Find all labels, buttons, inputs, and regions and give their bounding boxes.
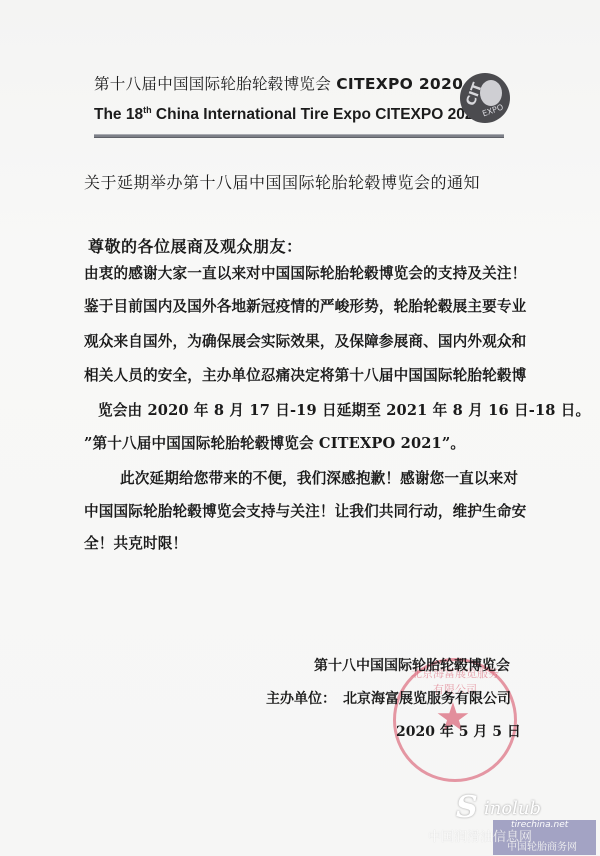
- header-title-en-sup: th: [143, 105, 152, 115]
- header-title-cn: 第十八届中国国际轮胎轮毂博览会 CITEXPO 2020: [94, 72, 463, 94]
- body-line-9: 全！共克时限！: [84, 532, 187, 553]
- body-line-1: 由衷的感谢大家一直以来对中国国际轮胎轮毂博览会的支持及关注！: [84, 262, 526, 283]
- salutation: 尊敬的各位展商及观众朋友：: [88, 234, 303, 257]
- header-title-cn-suffix: CITEXPO 2020: [336, 75, 463, 93]
- signature-date: 2020 年 5 月 5 日: [396, 721, 521, 741]
- body-line-6: ”第十八届中国国际轮胎轮毂博览会 CITEXPO 2021”。: [84, 432, 465, 453]
- notice-title: 关于延期举办第十八届中国国际轮胎轮毂博览会的通知: [84, 170, 480, 193]
- header-title-cn-text: 第十八届中国国际轮胎轮毂博览会: [94, 75, 331, 93]
- signature-org: 第十八中国国际轮胎轮毂博览会: [314, 655, 510, 675]
- citexpo-logo-icon: CIT EXPO: [460, 73, 510, 123]
- header-divider: [94, 134, 504, 138]
- body-line-5: 览会由 2020 年 8 月 17 日-19 日延期至 2021 年 8 月 1…: [98, 399, 590, 420]
- organizer-name: 北京海富展览服务有限公司: [343, 688, 511, 708]
- body-line-8: 中国国际轮胎轮毂博览会支持与关注！让我们共同行动，维护生命安: [84, 500, 526, 521]
- watermark-sinolub-cn: 中国润滑油信息网: [428, 826, 532, 845]
- body-line-3: 观众来自国外，为确保展会实际效果，及保障参展商、国内外观众和: [84, 330, 526, 351]
- header-title-en-suffix: China International Tire Expo CITEXPO 20…: [152, 106, 482, 123]
- header-title-en-prefix: The 18: [94, 106, 143, 123]
- document-page: 第十八届中国国际轮胎轮毂博览会 CITEXPO 2020 The 18th Ch…: [0, 0, 600, 856]
- logo-text-expo: EXPO: [481, 103, 504, 119]
- body-line-2: 鉴于目前国内及国外各地新冠疫情的严峻形势，轮胎轮毂展主要专业: [84, 295, 526, 316]
- header-title-en: The 18th China International Tire Expo C…: [94, 105, 482, 124]
- logo-text-cit: CIT: [464, 81, 486, 108]
- watermark-sinolub-text: inolub: [484, 798, 541, 819]
- official-seal: 北京海富展览服务有限公司 ★: [393, 658, 517, 782]
- body-line-4: 相关人员的安全，主办单位忍痛决定将第十八届中国国际轮胎轮毂博: [84, 364, 526, 385]
- watermark: S inolub tirechina.net 中国轮胎商务网 中国润滑油信息网: [420, 790, 600, 856]
- body-line-7: 此次延期给您带来的不便，我们深感抱歉！感谢您一直以来对: [120, 467, 518, 488]
- organizer-label: 主办单位：: [266, 688, 336, 708]
- watermark-sinolub-s: S: [456, 790, 478, 825]
- logo-disc: [480, 80, 502, 106]
